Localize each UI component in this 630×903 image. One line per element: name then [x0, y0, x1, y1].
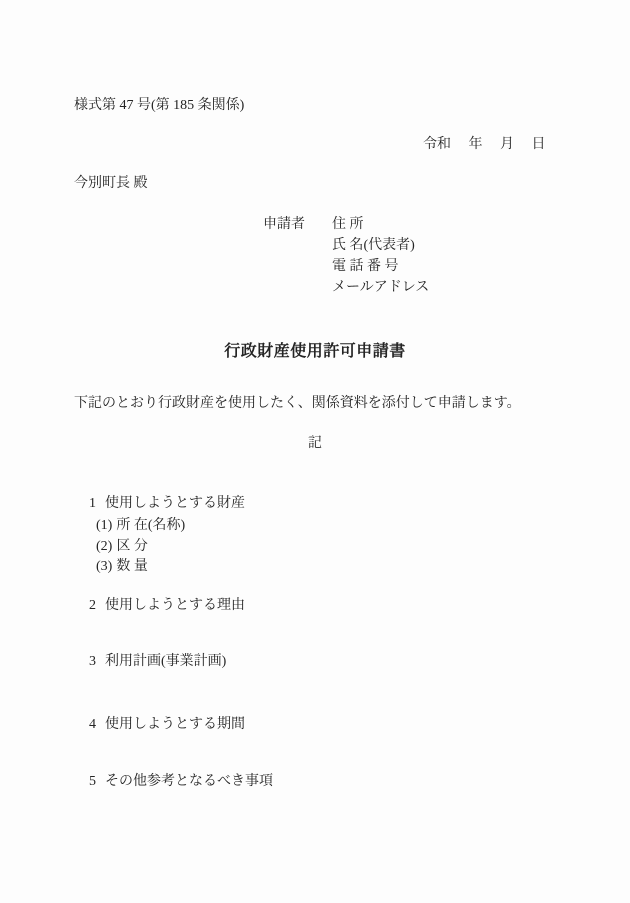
document-title: 行政財産使用許可申請書 [0, 341, 630, 363]
record-marker: 記 [0, 434, 630, 454]
item-label: その他参考となるべき事項 [105, 774, 273, 789]
item-number: 5 [89, 772, 96, 792]
addressee-line: 今別町長 殿 [74, 174, 148, 194]
item-number: 2 [89, 596, 96, 616]
document-page: 様式第 47 号(第 185 条関係) 令和 年 月 日 今別町長 殿 申請者 … [0, 0, 630, 903]
applicant-label: 申請者 [263, 215, 305, 235]
item-label: 使用しようとする理由 [105, 598, 245, 613]
form-number: 様式第 47 号(第 185 条関係) [74, 96, 244, 116]
applicant-field-phone: 電 話 番 号 [332, 257, 399, 277]
item-period: 4使用しようとする期間 [75, 695, 245, 755]
item-other: 5その他参考となるべき事項 [75, 752, 273, 812]
item-number: 4 [89, 715, 96, 735]
subitem-number: (3) [96, 557, 112, 577]
intro-text: 下記のとおり行政財産を使用したく、関係資料を添付して申請します。 [74, 394, 521, 414]
applicant-field-email: メールアドレス [332, 278, 429, 298]
item-number: 3 [89, 652, 96, 672]
item-reason: 2使用しようとする理由 [75, 576, 245, 636]
subitem-label: 数 量 [116, 559, 148, 574]
date-line: 令和 年 月 日 [423, 135, 546, 155]
applicant-field-name: 氏 名(代表者) [332, 236, 415, 256]
item-label: 使用しようとする期間 [105, 717, 245, 732]
item-label: 利用計画(事業計画) [105, 654, 226, 669]
applicant-field-address: 住 所 [332, 215, 364, 235]
item-plan: 3利用計画(事業計画) [75, 632, 226, 692]
